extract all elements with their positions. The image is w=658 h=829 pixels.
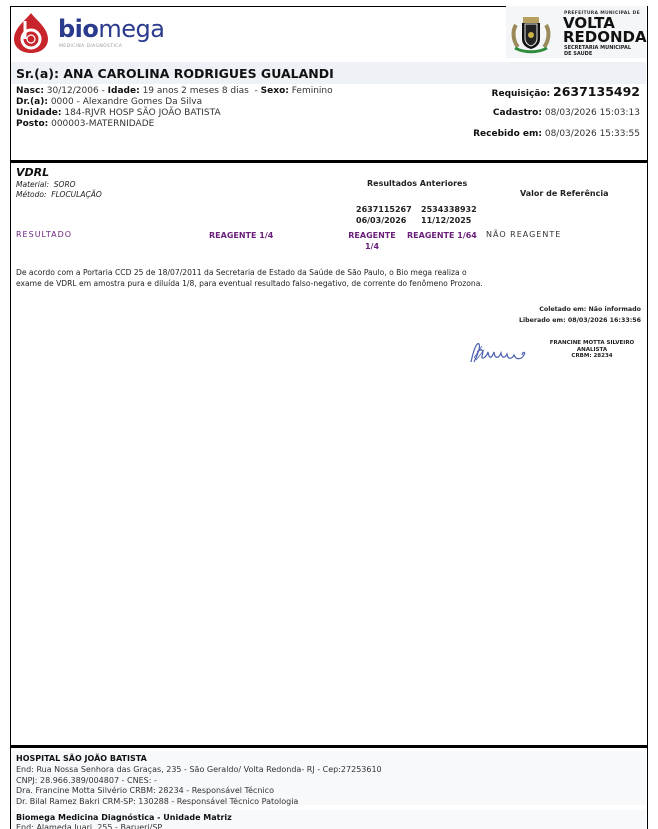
patient-birth-age-sex: Nasc: 30/12/2006 - Idade: 19 anos 2 mese…	[16, 86, 333, 96]
exam-title: VDRL	[16, 166, 49, 179]
biomega-logo: biomega MEDICINA DIAGNÓSTICA	[12, 10, 142, 55]
hospital-name: HOSPITAL SÃO JOÃO BATISTA	[16, 754, 147, 763]
secretaria-label: SECRETARIA MUNICIPAL DE SAUDE	[564, 45, 631, 57]
biomega-drop-icon	[12, 12, 50, 54]
signer-block: FRANCINE MOTTA SILVEIRO ANALISTA CRBM: 2…	[540, 340, 644, 360]
matriz-address: End: Alameda Juari, 255 - Barueri/SP	[16, 823, 162, 829]
reference-header: Valor de Referência	[520, 189, 609, 198]
previous-result-2-value: REAGENTE 1/64	[407, 230, 477, 241]
volta-redonda-crest-icon	[510, 11, 552, 55]
previous-results-header: Resultados Anteriores	[367, 179, 467, 188]
city-name: VOLTA REDONDA	[563, 16, 647, 44]
pathology-responsible: Dr. Bilal Ramez Bakri CRM-SP: 130288 - R…	[16, 797, 298, 806]
released-date: Liberado em: 08/03/2026 16:33:56	[519, 317, 641, 324]
received-date: Recebido em: 08/03/2026 15:33:55	[473, 129, 640, 139]
result-label: RESULTADO	[16, 230, 72, 239]
requisition-number: Requisição: 2637135492	[492, 84, 640, 99]
exam-material: Material: SORO	[16, 180, 76, 189]
result-value: REAGENTE 1/4	[209, 230, 273, 241]
volta-redonda-logo: PREFEITURA MUNICIPAL DE VOLTA REDONDA SE…	[506, 8, 646, 58]
registration-date: Cadastro: 08/03/2026 15:03:13	[493, 108, 640, 118]
biomega-wordmark: biomega	[58, 16, 165, 42]
collected-date: Coletado em: Não informado	[539, 306, 641, 313]
patient-post: Posto: 000003-MATERNIDADE	[16, 119, 154, 129]
hospital-cnpj: CNPJ: 28.966.389/004807 - CNES: -	[16, 776, 157, 785]
biomega-subtitle: MEDICINA DIAGNÓSTICA	[59, 44, 122, 49]
previous-result-1-value: REAGENTE 1/4	[348, 230, 396, 252]
patient-unit: Unidade: 184-RJVR HOSP SÃO JOÃO BATISTA	[16, 108, 221, 118]
technical-responsible: Dra. Francine Motta Silvério CRBM: 28234…	[16, 786, 274, 795]
matriz-name: Biomega Medicina Diagnóstica - Unidade M…	[16, 813, 232, 822]
top-rule	[10, 6, 506, 7]
exam-note: De acordo com a Portaria CCD 25 de 18/07…	[16, 267, 486, 289]
section-divider	[10, 160, 647, 163]
previous-result-1-header: 2637115267 06/03/2026	[356, 204, 412, 226]
patient-doctor: Dr.(a): 0000 - Alexandre Gomes Da Silva	[16, 97, 202, 107]
handwritten-signature-icon	[468, 338, 540, 368]
previous-result-2-header: 2534338932 11/12/2025	[421, 204, 477, 226]
patient-name: Sr.(a): ANA CAROLINA RODRIGUES GUALANDI	[16, 66, 334, 81]
reference-value: NÃO REAGENTE	[486, 230, 561, 239]
footer-divider	[10, 745, 647, 748]
hospital-address: End: Rua Nossa Senhora das Graças, 235 -…	[16, 765, 382, 774]
exam-method: Método: FLOCULAÇÃO	[16, 190, 102, 199]
